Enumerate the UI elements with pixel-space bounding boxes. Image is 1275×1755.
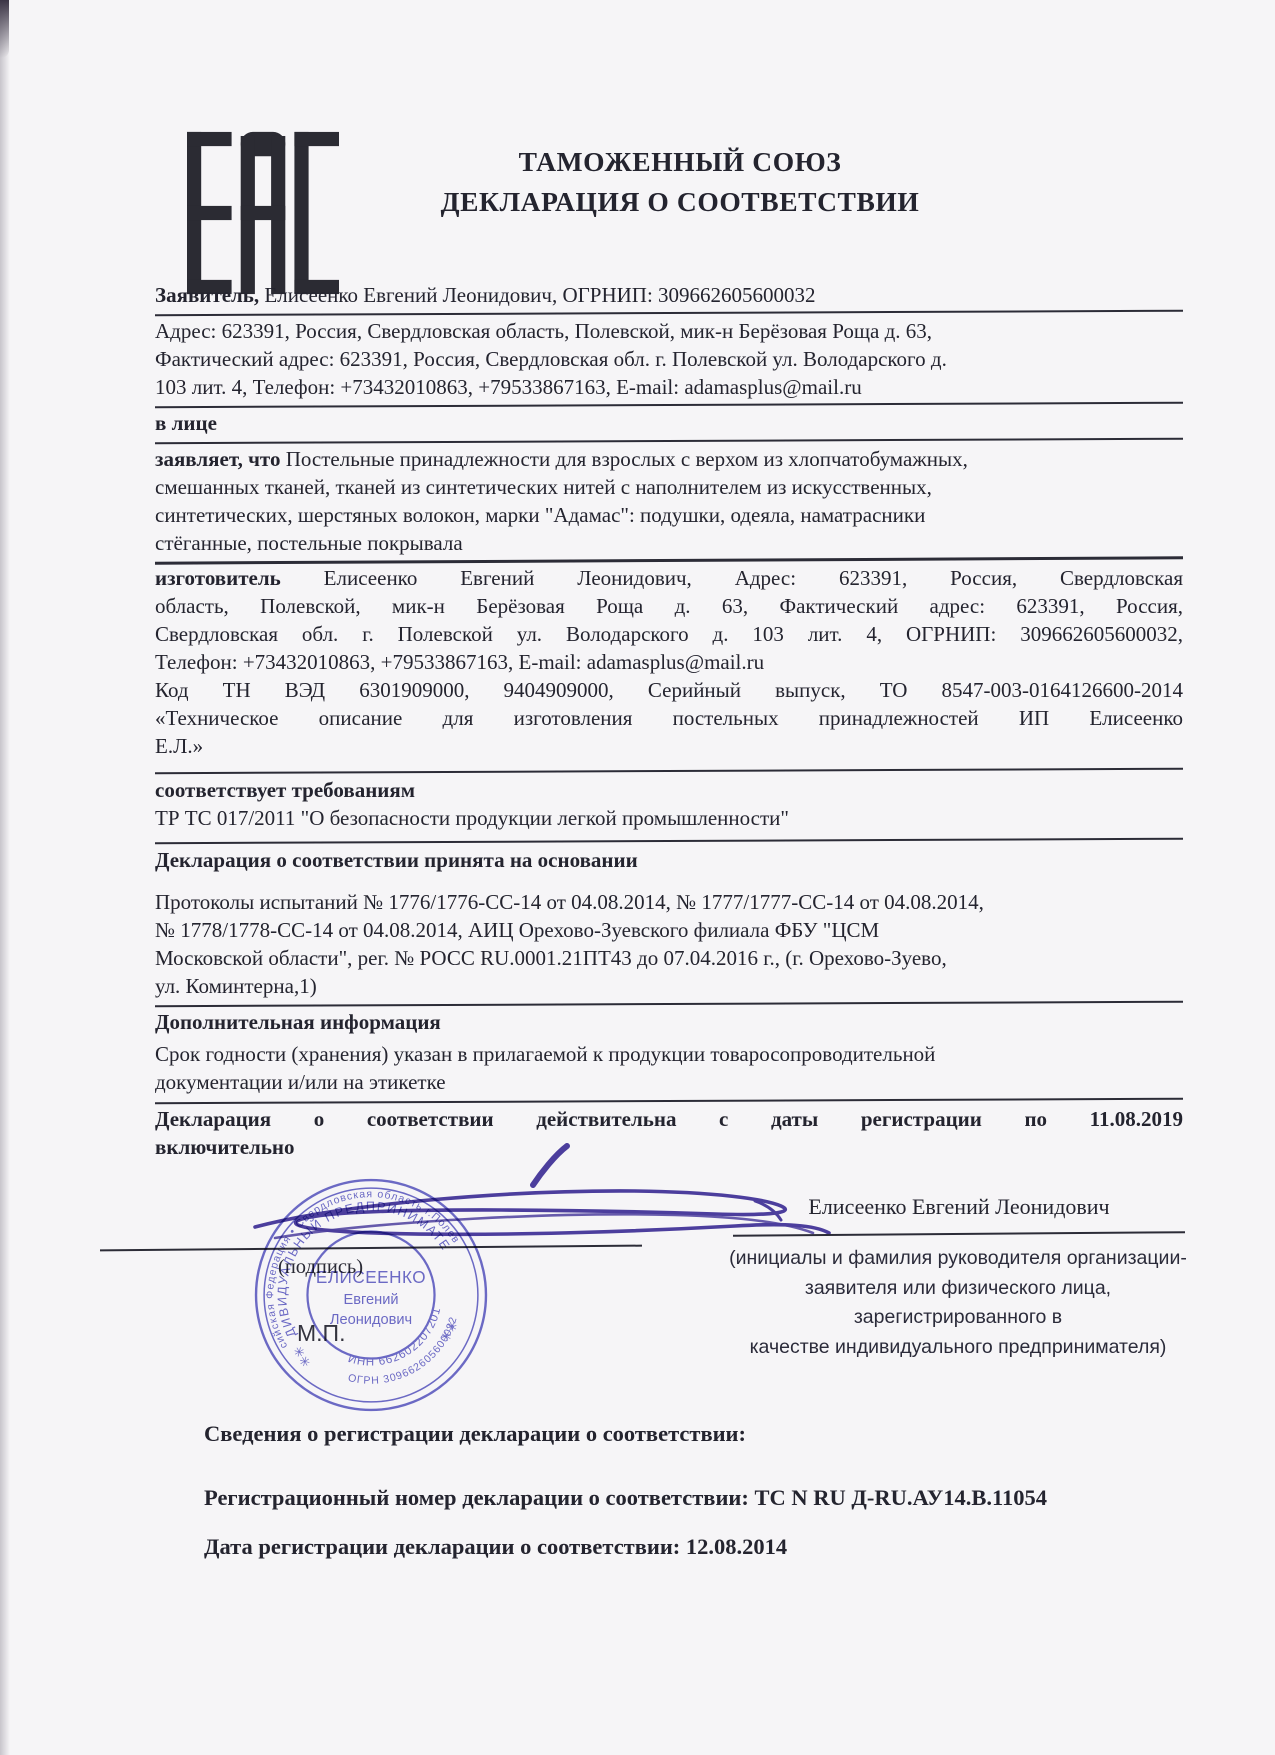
section-divider: [155, 1000, 1183, 1006]
address-paragraph: Адрес: 623391, Россия, Свердловская обла…: [155, 317, 1183, 401]
title-line-2: ДЕКЛАРАЦИЯ О СООТВЕТСТВИИ: [320, 182, 1040, 222]
section-divider: [155, 437, 1183, 443]
applicant-value: Елисеенко Евгений Леонидович, ОГРНИП: 30…: [259, 283, 815, 307]
stamp-center-firstname: Евгений: [343, 1292, 398, 1308]
basis-label: Декларация о соответствии принята на осн…: [155, 848, 638, 872]
applicant-line: Заявитель, Елисеенко Евгений Леонидович,…: [155, 281, 1183, 309]
manufacturer-line: изготовитель Елисеенко Евгений Леонидови…: [155, 564, 1183, 592]
manufacturer-line: Е.Л.»: [155, 732, 1183, 760]
eac-logo-icon: [187, 130, 339, 296]
registration-date-line: Дата регистрации декларации о соответств…: [204, 1533, 1194, 1561]
scan-edge-shadow: [0, 0, 10, 1755]
stamp-center-surname: ЕЛИСЕЕНКО: [316, 1267, 426, 1287]
scan-corner-artifact: [0, 0, 9, 58]
additional-heading: Дополнительная информация: [155, 1008, 1183, 1036]
stamp-stars-left: ✳✳: [290, 1343, 314, 1370]
registration-heading: Сведения о регистрации декларации о соот…: [204, 1420, 1194, 1448]
registration-number-line: Регистрационный номер декларации о соотв…: [204, 1484, 1194, 1512]
complies-label: соответствует требованиям: [155, 778, 415, 802]
additional-text: Срок годности (хранения) указан в прилаг…: [155, 1040, 1183, 1096]
validity-line-1: Декларация о соответствии действительна …: [155, 1105, 1183, 1133]
round-ink-stamp: Российская Федерация • Свердловская обла…: [252, 1176, 490, 1414]
section-divider: [155, 767, 1183, 773]
document-title: ТАМОЖЕННЫЙ СОЮЗ ДЕКЛАРАЦИЯ О СООТВЕТСТВИ…: [320, 142, 1040, 222]
complies-heading: соответствует требованиям: [155, 776, 1183, 804]
basis-text: Протоколы испытаний № 1776/1776-СС-14 от…: [155, 888, 1183, 1000]
basis-heading: Декларация о соответствии принята на осн…: [155, 846, 1183, 874]
applicant-label: Заявитель,: [155, 283, 259, 307]
registration-block: Сведения о регистрации декларации о соот…: [204, 1420, 1194, 1561]
manufacturer-line: «Техническое описание для изготовления п…: [155, 704, 1183, 732]
stamp-center-patronymic: Леонидович: [330, 1312, 412, 1328]
signature-caption-right: (инициалы и фамилия руководителя организ…: [718, 1244, 1198, 1362]
title-line-1: ТАМОЖЕННЫЙ СОЮЗ: [320, 142, 1040, 182]
manufacturer-line: Свердловская обл. г. Полевской ул. Волод…: [155, 620, 1183, 648]
section-divider: [155, 310, 1183, 316]
complies-text: ТР ТС 017/2011 "О безопасности продукции…: [155, 804, 1183, 832]
manufacturer-line-rest: Елисеенко Евгений Леонидович, Адрес: 623…: [281, 566, 1183, 590]
declares-paragraph: заявляет, что Постельные принадлежности …: [155, 445, 1183, 557]
manufacturer-line: Код ТН ВЭД 6301909000, 9404909000, Серий…: [155, 676, 1183, 704]
manufacturer-paragraph: изготовитель Елисеенко Евгений Леонидови…: [155, 564, 1183, 760]
in-person-label: в лице: [155, 411, 217, 435]
manufacturer-line: Телефон: +73432010863, +79533867163, E-m…: [155, 648, 1183, 676]
section-divider: [155, 402, 1183, 408]
validity-text: Декларация о соответствии действительна …: [155, 1107, 1183, 1131]
section-divider: [155, 837, 1183, 843]
additional-label: Дополнительная информация: [155, 1010, 441, 1034]
declares-label: заявляет, что: [155, 447, 280, 471]
section-divider: [155, 1097, 1183, 1103]
signatory-name: Елисеенко Евгений Леонидович: [733, 1194, 1185, 1220]
manufacturer-line: область, Полевской, мик-н Берёзовая Роща…: [155, 592, 1183, 620]
main-text-column: Заявитель, Елисеенко Евгений Леонидович,…: [155, 281, 1183, 1161]
declaration-document: ТАМОЖЕННЫЙ СОЮЗ ДЕКЛАРАЦИЯ О СООТВЕТСТВИ…: [0, 0, 1275, 1755]
manufacturer-label: изготовитель: [155, 566, 281, 590]
in-person-heading: в лице: [155, 409, 1183, 437]
